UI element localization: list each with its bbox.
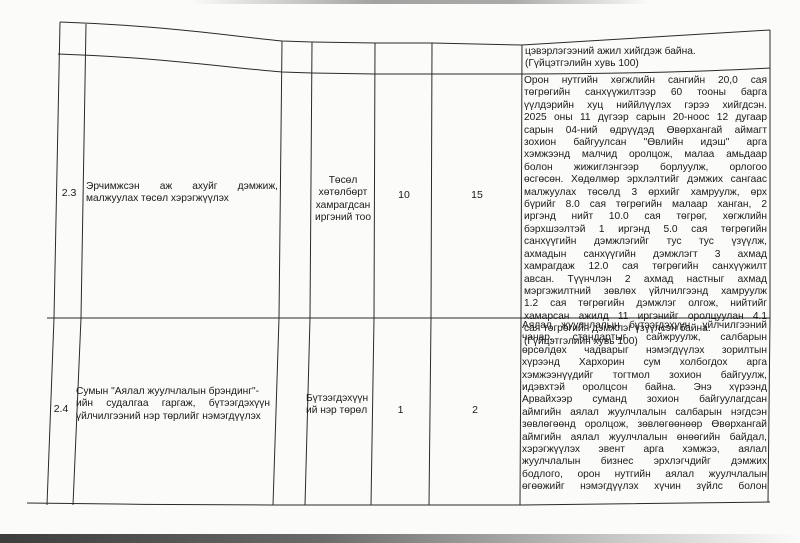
result-line: ахмадын санхүүгийн дэмжлэгт 3 ахмад — [524, 249, 767, 261]
row-2-3-result: Орон нутгийн хөгжлийн сангийн 20,0 саятө… — [524, 75, 767, 348]
result-line: бүрийг 8.0 сая төгрөгийн малаар ханган, … — [524, 199, 767, 211]
result-line: авсан. Түүнчлэн 2 ахмад настныг ахмад — [524, 274, 767, 286]
continued-result-cell: цэвэрлэгээний ажил хийгдэж байна. (Гүйцэ… — [525, 46, 765, 71]
result-line: 2025 оны 11 дүгээр сарын 20-ноос 12 дуга… — [524, 112, 767, 124]
continued-result-text: цэвэрлэгээний ажил хийгдэж байна. — [525, 46, 765, 58]
result-line: сарын 04-ний өдрүүдэд Өвөрхангай аймагт — [524, 125, 767, 137]
row-2-4-indicator-line-2: ий нэр төрөл — [306, 405, 370, 417]
result-line: хамрагдаж 12.0 сая төгрөгийн санхүүжилт — [524, 261, 767, 273]
result-line: өгөөжийг нэмэгдүүлэх хүчин зүйлс болон — [522, 481, 767, 493]
result-line: зохион байгуулсан "Өвлийн идэш" арга — [524, 137, 767, 149]
result-line: хэрэгжүүлэх эвент арга хэмжээ, аялал — [522, 444, 767, 456]
result-line: жуулчлалын бизнес эрхлэгчдийг дэмжих — [522, 456, 767, 468]
result-line: аймгийн аялал жуулчлалын өнөөгийн байдал… — [522, 432, 767, 444]
result-line: Аялал жуулчлалын бүтээгдэхүүн, үйлчилгээ… — [522, 320, 767, 332]
row-2-3-indicator: Төсөл хөтөлбөрт хамрагдсан иргэний тоо — [312, 175, 374, 225]
row-2-3-indicator-line-4: иргэний тоо — [312, 212, 374, 224]
row-2-4-measure-line-1: Сумын "Аялал жуулчлалын брэндинг"- — [76, 386, 270, 398]
row-2-3-indicator-line-2: хөтөлбөрт — [312, 187, 374, 199]
scan-shadow-bottom — [0, 534, 800, 543]
result-line: бэрхшээлтэй 1 иргэнд 5.0 сая төгрөгийн — [524, 224, 767, 236]
result-line: аймгийн аялал жуулчлалын салбарын нэгдсэ… — [522, 407, 767, 419]
row-2-4-indicator: Бүтээгдэхүүн ий нэр төрөл — [306, 393, 370, 418]
result-line: мэргэжилтний зөвлөх үйлчилгээнд хамруулж — [524, 286, 767, 298]
result-line: болон жижиглэнгээр борлуулж, орлогоо — [524, 162, 767, 174]
result-line: Орон нутгийн хөгжлийн сангийн 20,0 сая — [524, 75, 767, 87]
row-2-4-indicator-line-1: Бүтээгдэхүүн — [306, 393, 370, 405]
row-2-4-baseline: 1 — [372, 404, 429, 416]
row-2-3-target: 15 — [432, 189, 522, 201]
row-2-4-measure-line-2: ийн судалгаа гаргаж, бүтээгдэхүүн — [76, 398, 270, 410]
result-line: идэвхтэй оролцсон байна. Энэ хүрээнд — [522, 382, 767, 394]
result-line: хүрээнд Хархорин сум холбогдох арга — [522, 357, 767, 369]
result-line: хэмжээнүүдийг тогтмол зохион байгуулж, — [522, 370, 767, 382]
result-line: төгрөгийн санхүүжилтээр 60 тооны барга — [524, 87, 767, 99]
result-line: малжуулах төсөлд 3 өрхийг хамруулж, өрх — [524, 187, 767, 199]
result-line: үүлдэрийн хуц ниййлүүлэх гэрээ хийгдсэн. — [524, 100, 767, 112]
result-line: чанар, стандартыг сайжруулж, салбарын — [522, 332, 767, 344]
row-2-3-indicator-line-1: Төсөл — [312, 175, 374, 187]
result-line: өсгөсөн. Хөдөлмөр эрхлэлтийг дэмжих санг… — [524, 174, 767, 186]
row-2-3-measure: Эрчимжсэн аж ахуйг дэмжиж, малжуулах төс… — [86, 181, 278, 206]
row-2-4-result-lines: Аялал жуулчлалын бүтээгдэхүүн, үйлчилгээ… — [522, 320, 767, 494]
result-line: бодлого, орон нутгийн аялал жуулчлалын — [522, 469, 767, 481]
row-2-3-measure-line-1: Эрчимжсэн аж ахуйг дэмжиж, — [86, 181, 278, 193]
continued-completion-text: (Гүйцэтгэлийн хувь 100) — [525, 58, 765, 70]
result-line: өрсөлдөх чадварыг нэмэгдүүлэх зорилтын — [522, 345, 767, 357]
row-2-3-indicator-line-3: хамрагдсан — [312, 200, 374, 212]
result-line: зөвлөгөөнд оролцож, зөвлөгөөнөөр Өвөрхан… — [522, 419, 767, 431]
row-2-3-result-lines: Орон нутгийн хөгжлийн сангийн 20,0 саятө… — [524, 75, 767, 336]
row-2-3-number: 2.3 — [56, 187, 82, 199]
row-2-4-measure-line-3: үйлчилгээний нэр төрлийг нэмэгдүүлэх — [76, 411, 270, 423]
result-line: Арвайхээр суманд зохион байгуулагдсан — [522, 394, 767, 406]
result-line: иргэнд нийт 10.0 сая төгрөг, хөгжлийн — [524, 211, 767, 223]
row-2-3-measure-line-2: малжуулах төсөл хэрэгжүүлэх — [86, 193, 278, 205]
row-2-4-measure: Сумын "Аялал жуулчлалын брэндинг"- ийн с… — [76, 386, 270, 423]
row-2-4-target: 2 — [430, 404, 520, 416]
row-2-3-baseline: 10 — [376, 189, 432, 201]
row-2-4-result: Аялал жуулчлалын бүтээгдэхүүн, үйлчилгээ… — [522, 320, 767, 494]
result-line: хэмжээнд малчид оролцож, малаа амьдаар — [524, 149, 767, 161]
result-line: 1.2 сая төгрөгийн дэмжлэг олгож, нийтийг — [524, 298, 767, 310]
result-line: санхүүгийн дэмжлэгийг тус тус үзүүлж, — [524, 236, 767, 248]
row-2-4-number: 2.4 — [48, 403, 74, 415]
